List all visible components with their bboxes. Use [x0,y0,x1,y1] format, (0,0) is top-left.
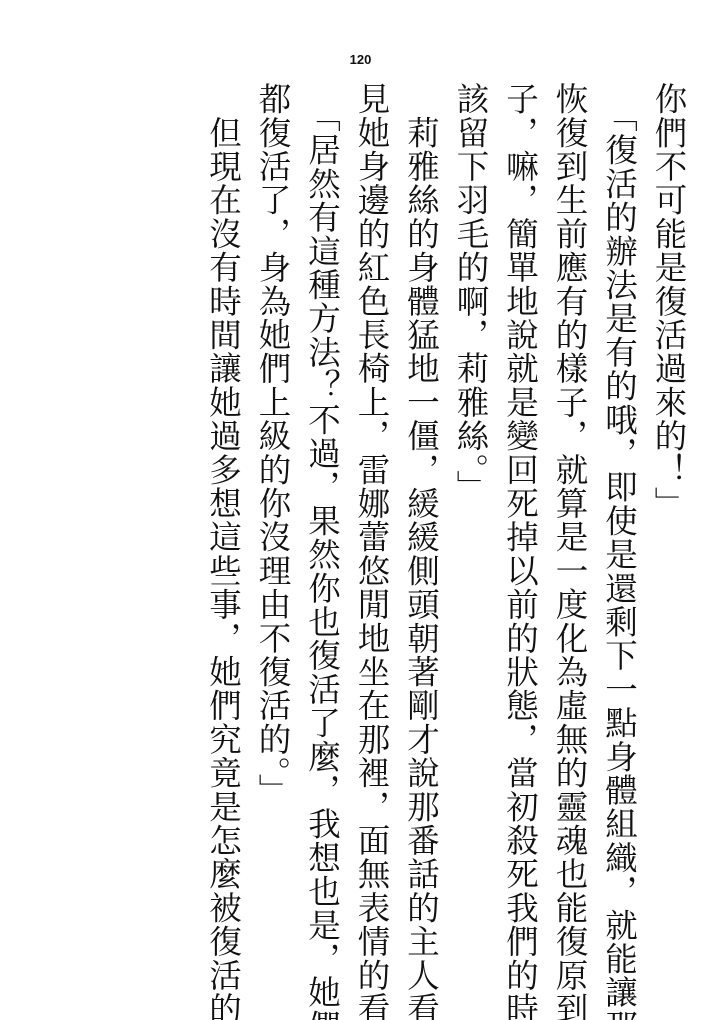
text-column: 見她身邊的紅色長椅上，雷娜蕾悠閒地坐在那裡，面無表情的看著自己。 [347,82,397,987]
text-column: 該留下羽毛的啊，莉雅絲。」 [446,82,496,987]
text-column: 都復活了，身為她們上級的你沒理由不復活的。」 [248,82,298,987]
text-column: 「居然有這種方法？不過，果然你也復活了麼，我想也是，她們兩個 [297,82,347,987]
text-column: 但現在沒有時間讓她過多想這些事，她們究竟是怎麼被復活的已經不 [198,82,248,987]
text-column: 你們不可能是復活過來的！」 [644,82,694,987]
text-column: 恢復到生前應有的樣子，就算是一度化為虛無的靈魂也能復原到原本的樣 [545,82,595,987]
page-number: 120 [0,52,721,67]
vertical-text-body: 你們不可能是復活過來的！」 「復活的辦法是有的哦，即使是還剩下一點身體組織，就能… [198,82,693,987]
text-column: 「復活的辦法是有的哦，即使是還剩下一點身體組織，就能讓那組織 [594,82,644,987]
text-column: 子，嘛，簡單地說就是變回死掉以前的狀態，當初殺死我們的時候，你不 [495,82,545,987]
text-column: 莉雅絲的身體猛地一僵，緩緩側頭朝著剛才說那番話的主人看去，就 [396,82,446,987]
